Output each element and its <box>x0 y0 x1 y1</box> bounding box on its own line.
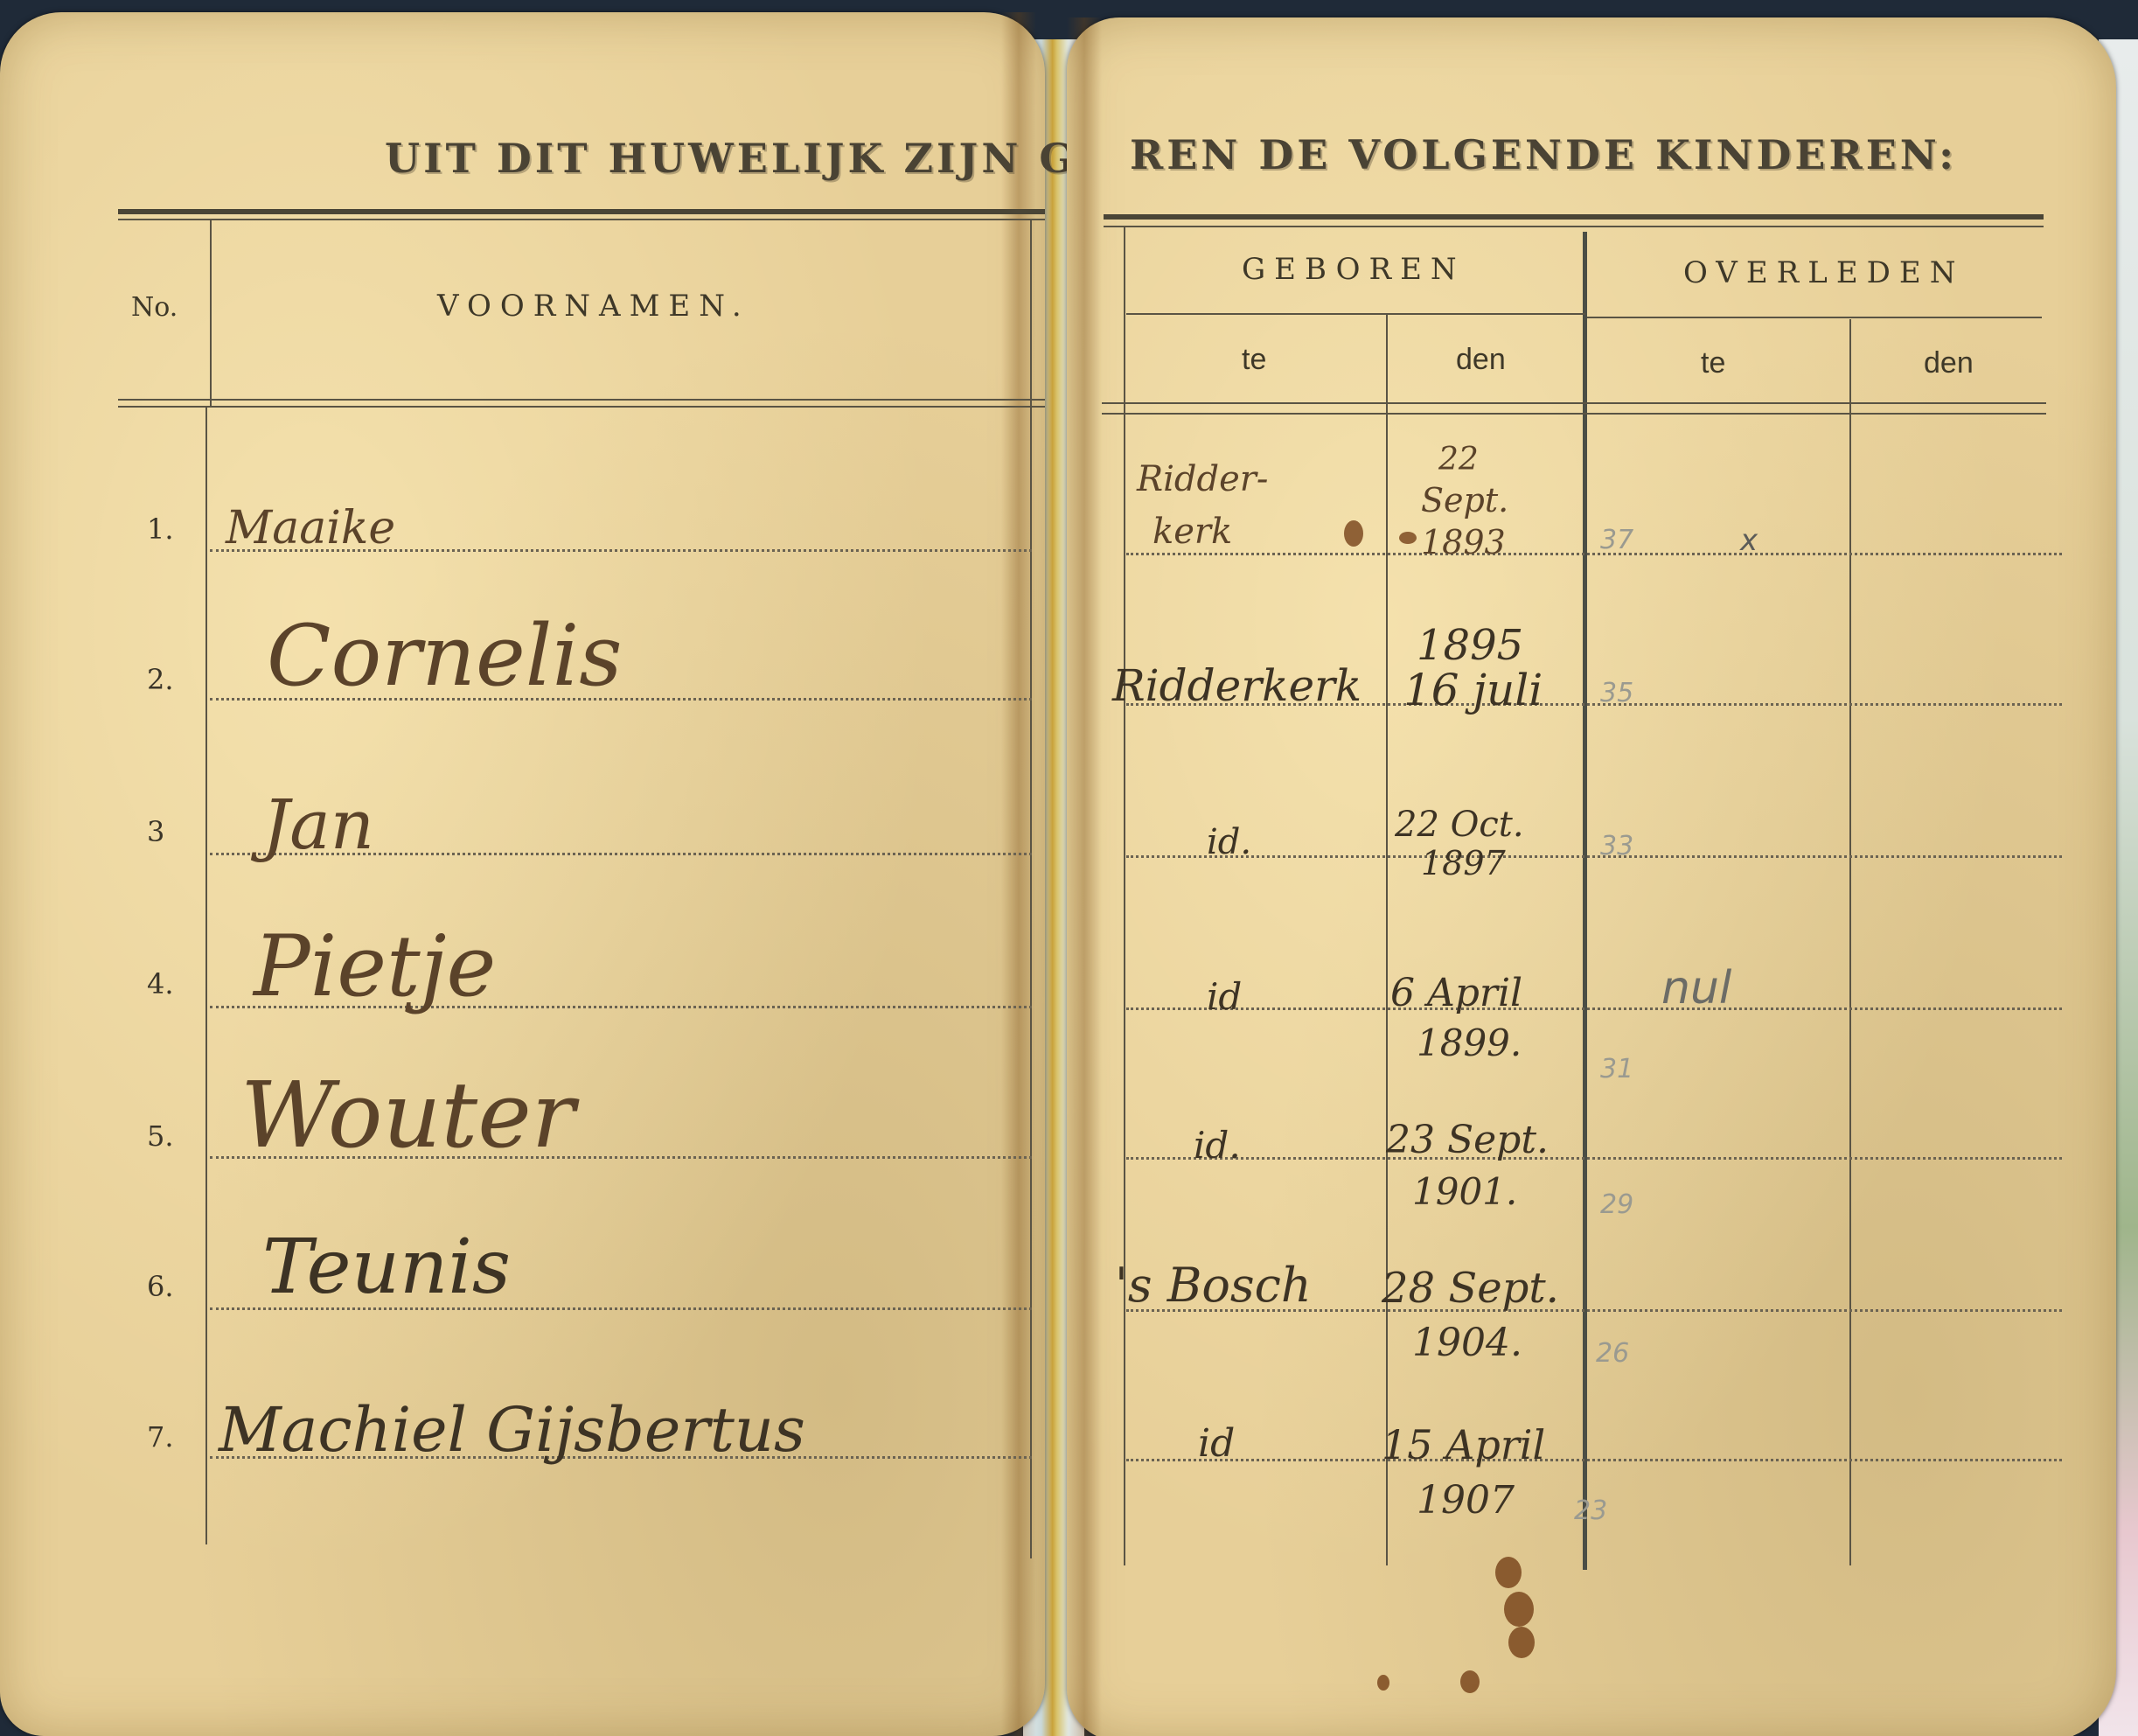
row-line-4 <box>1126 1007 2062 1010</box>
ink-stain <box>1344 520 1363 547</box>
subheader-rule-born <box>1126 313 1585 315</box>
row-number: 2. <box>147 663 191 696</box>
born-date: 1897 <box>1421 844 1506 882</box>
born-place: id. <box>1207 822 1251 862</box>
spine-stain <box>1067 17 1102 1736</box>
group-header-geboren: GEBOREN <box>1242 252 1466 287</box>
subheader-died-te: te <box>1701 346 1725 380</box>
header-bottom-rule-2 <box>1102 413 2046 415</box>
born-date: 22 Oct. <box>1395 805 1524 845</box>
group-header-overleden: OVERLEDEN <box>1683 255 1964 290</box>
rust-stain <box>1460 1670 1480 1693</box>
subheader-born-te: te <box>1242 343 1266 377</box>
born-date: 23 Sept. <box>1386 1118 1549 1162</box>
born-place: id. <box>1194 1124 1241 1167</box>
pencil-age: 29 <box>1600 1189 1633 1220</box>
born-date: 1895 <box>1417 621 1523 670</box>
page-left-border <box>1124 227 1125 1565</box>
rust-stain <box>1508 1627 1535 1658</box>
page-right-border <box>1030 220 1032 1558</box>
born-date: 1899. <box>1417 1021 1522 1064</box>
body-col-divider <box>205 408 207 1544</box>
born-date: 1907 <box>1417 1478 1515 1523</box>
born-place: Ridderkerk <box>1112 660 1361 711</box>
row-line-5 <box>1126 1157 2062 1160</box>
right-page-title: REN DE VOLGENDE KINDEREN: <box>1130 131 1957 178</box>
row-number: 3 <box>147 815 191 848</box>
born-date: 1901. <box>1412 1170 1517 1213</box>
col-header-voornamen: VOORNAMEN. <box>437 289 750 324</box>
row-line-3 <box>1126 855 2062 858</box>
row-line-7 <box>1126 1459 2062 1461</box>
pencil-age: 31 <box>1600 1054 1633 1084</box>
pencil-note: nul <box>1661 962 1731 1014</box>
born-date: Sept. <box>1421 481 1508 519</box>
row-number: 1. <box>147 512 191 546</box>
child-name: Pietje <box>254 917 496 1015</box>
row-number: 6. <box>147 1270 191 1303</box>
child-name: Maaike <box>226 502 395 554</box>
header-bottom-rule-1 <box>1102 402 2046 404</box>
child-name: Cornelis <box>267 607 622 705</box>
born-te-den-divider <box>1386 315 1388 1565</box>
born-date: 16 juli <box>1403 665 1543 715</box>
born-place: id <box>1207 975 1242 1018</box>
born-date: 1904. <box>1412 1321 1522 1365</box>
header-rule-thin <box>1104 226 2044 227</box>
pencil-age: 26 <box>1596 1338 1629 1369</box>
child-name: Wouter <box>240 1062 575 1168</box>
born-date: 15 April <box>1382 1421 1545 1468</box>
child-name: Teunis <box>262 1224 511 1311</box>
row-number: 4. <box>147 967 191 1000</box>
born-date: 22 <box>1438 442 1479 478</box>
subheader-died-den: den <box>1924 346 1974 380</box>
row-line-1 <box>1126 553 2062 555</box>
child-name: Jan <box>262 786 374 865</box>
pencil-age: 37 <box>1600 525 1633 555</box>
pencil-age: 33 <box>1600 831 1633 861</box>
header-rule-thin <box>118 219 1045 220</box>
pencil-mark: x <box>1740 523 1758 558</box>
born-place: Ridder- <box>1137 459 1268 499</box>
header-rule-thick <box>1104 214 2044 220</box>
col-header-no: No. <box>131 292 178 323</box>
right-page: REN DE VOLGENDE KINDEREN: GEBOREN OVERLE… <box>1067 17 2116 1736</box>
row-number: 5. <box>147 1119 191 1153</box>
rust-stain <box>1377 1675 1389 1691</box>
pencil-age: 35 <box>1600 678 1633 708</box>
left-page: UIT DIT HUWELIJK ZIJN GEBO No. VOORNAMEN… <box>0 12 1045 1736</box>
born-date: 1893 <box>1421 523 1506 561</box>
header-col-divider <box>210 220 212 406</box>
child-name: Machiel Gijsbertus <box>219 1394 805 1466</box>
born-place: id <box>1198 1421 1235 1466</box>
born-died-divider <box>1583 232 1587 1570</box>
ink-stain <box>1399 532 1417 544</box>
header-bottom-rule-2 <box>118 406 1045 408</box>
born-place: 's Bosch <box>1115 1258 1312 1313</box>
born-date: 6 April <box>1390 971 1522 1015</box>
died-te-den-divider <box>1849 319 1851 1565</box>
subheader-rule-died <box>1587 317 2042 318</box>
born-date: 28 Sept. <box>1382 1264 1559 1313</box>
born-place: kerk <box>1153 512 1232 552</box>
row-number: 7. <box>147 1420 191 1454</box>
header-bottom-rule-1 <box>118 399 1045 401</box>
rust-stain <box>1495 1557 1522 1588</box>
rust-stain <box>1504 1592 1534 1627</box>
header-rule-thick <box>118 209 1045 214</box>
pencil-age: 23 <box>1574 1495 1607 1526</box>
subheader-born-den: den <box>1456 343 1506 377</box>
